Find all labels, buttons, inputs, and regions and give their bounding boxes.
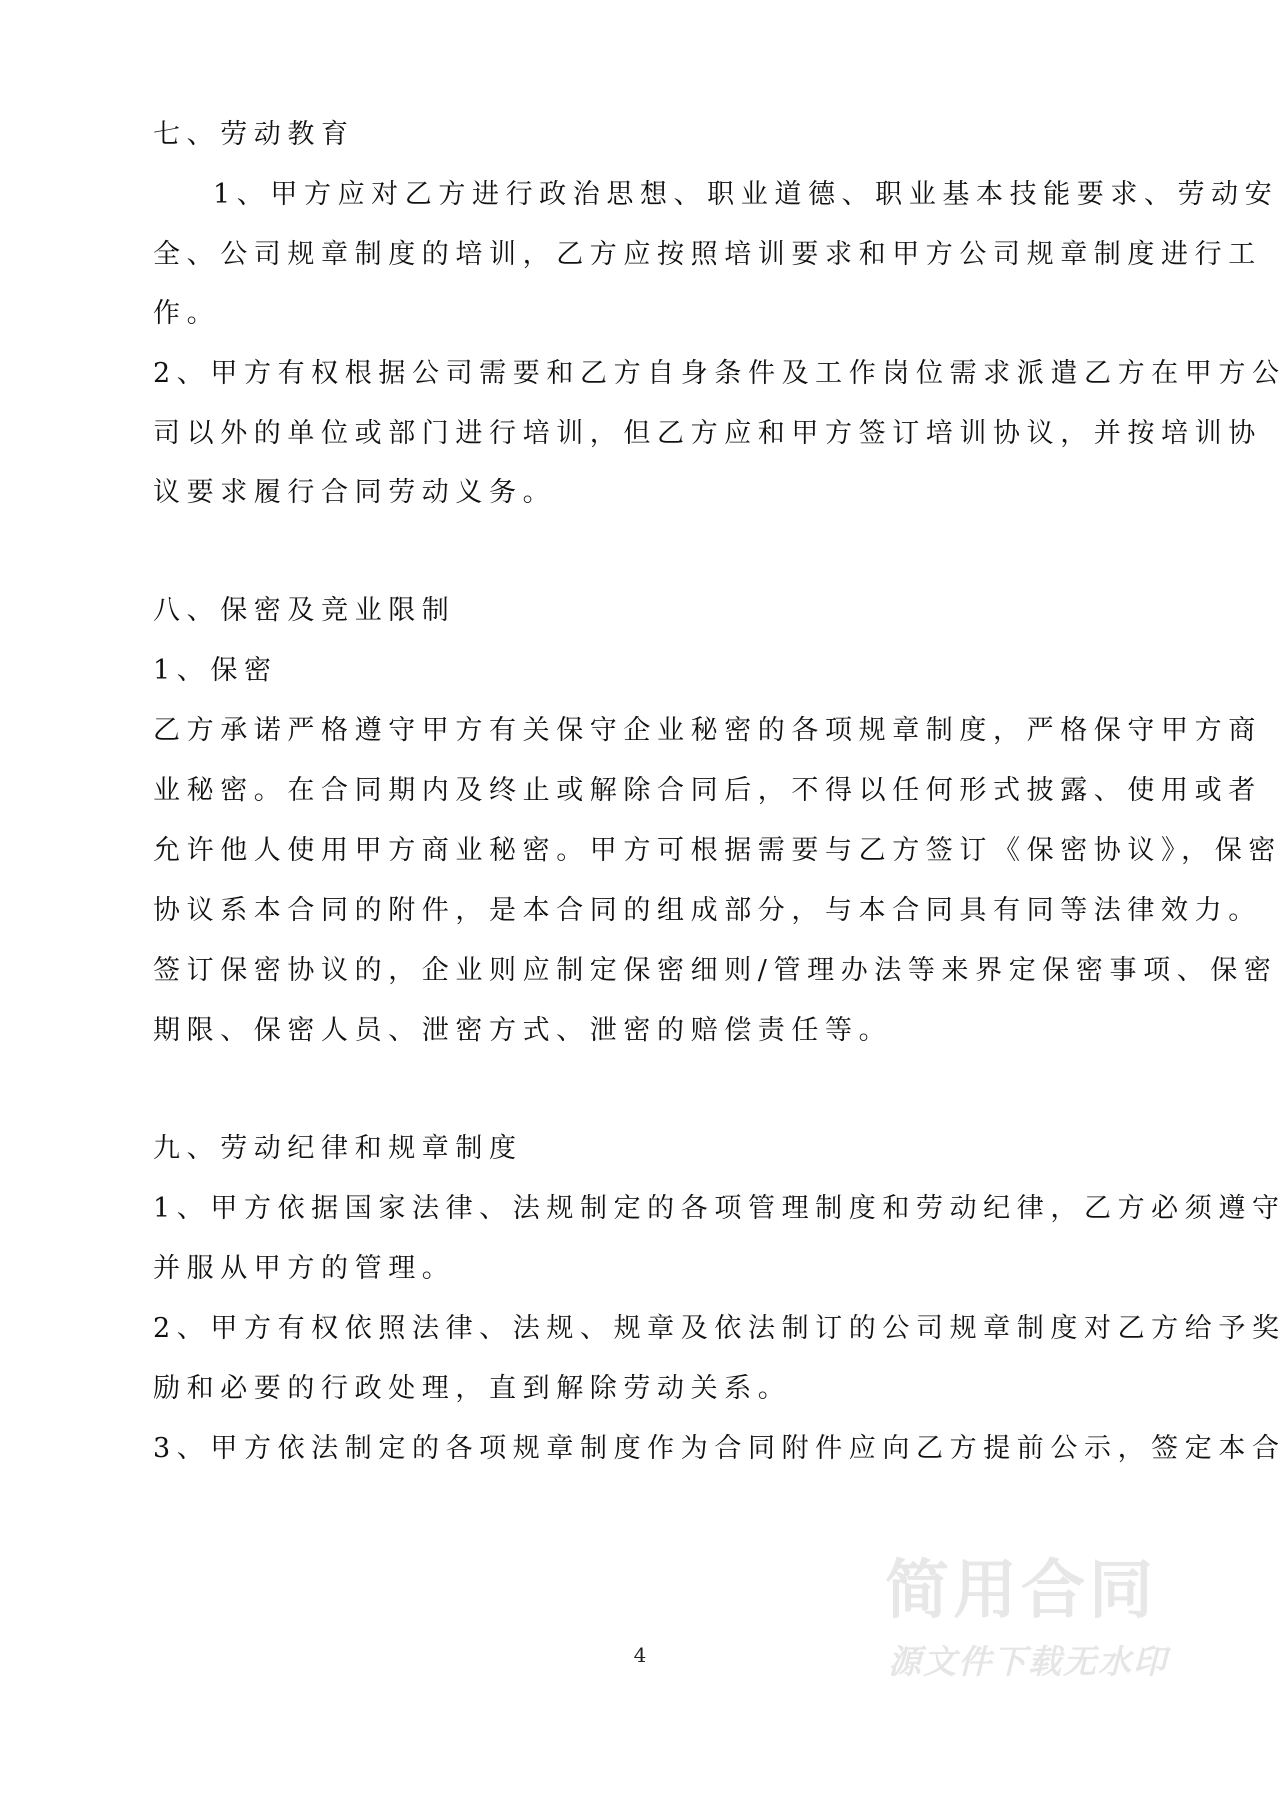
page-number: 4 xyxy=(0,1643,1280,1667)
paragraph-line: 签订保密协议的，企业则应制定保密细则/管理办法等来界定保密事项、保密 xyxy=(153,954,1278,988)
section-heading-8: 八、保密及竞业限制 xyxy=(153,594,455,628)
paragraph-line: 2、甲方有权依照法律、法规、规章及依法制订的公司规章制度对乙方给予奖 xyxy=(153,1312,1280,1346)
subsection-heading: 1、保密 xyxy=(153,654,278,688)
paragraph-line: 全、公司规章制度的培训，乙方应按照培训要求和甲方公司规章制度进行工 xyxy=(153,238,1262,272)
paragraph-line: 并服从甲方的管理。 xyxy=(153,1252,455,1286)
paragraph-line: 励和必要的行政处理，直到解除劳动关系。 xyxy=(153,1372,791,1406)
paragraph-line: 司以外的单位或部门进行培训，但乙方应和甲方签订培训协议，并按培训协 xyxy=(153,417,1262,451)
section-heading-9: 九、劳动纪律和规章制度 xyxy=(153,1132,523,1166)
document-page: 简用合同 源文件下载无水印 七、劳动教育 1、甲方应对乙方进行政治思想、职业道德… xyxy=(0,0,1280,1812)
section-heading-7: 七、劳动教育 xyxy=(153,118,355,152)
paragraph-line: 期限、保密人员、泄密方式、泄密的赔偿责任等。 xyxy=(153,1014,892,1048)
paragraph-line: 3、甲方依法制定的各项规章制度作为合同附件应向乙方提前公示，签定本合 xyxy=(153,1432,1280,1466)
paragraph-line: 业秘密。在合同期内及终止或解除合同后，不得以任何形式披露、使用或者 xyxy=(153,774,1262,808)
paragraph-line: 乙方承诺严格遵守甲方有关保守企业秘密的各项规章制度，严格保守甲方商 xyxy=(153,714,1262,748)
paragraph-line: 议要求履行合同劳动义务。 xyxy=(153,476,556,510)
paragraph-line: 2、甲方有权根据公司需要和乙方自身条件及工作岗位需求派遣乙方在甲方公 xyxy=(153,357,1280,391)
paragraph-line: 1、甲方应对乙方进行政治思想、职业道德、职业基本技能要求、劳动安 xyxy=(213,178,1278,212)
paragraph-line: 1、甲方依据国家法律、法规制定的各项管理制度和劳动纪律，乙方必须遵守 xyxy=(153,1192,1280,1226)
paragraph-line: 协议系本合同的附件，是本合同的组成部分，与本合同具有同等法律效力。 xyxy=(153,894,1262,928)
document-body: 七、劳动教育 1、甲方应对乙方进行政治思想、职业道德、职业基本技能要求、劳动安 … xyxy=(0,0,1280,1812)
paragraph-line: 作。 xyxy=(153,297,220,331)
paragraph-line: 允许他人使用甲方商业秘密。甲方可根据需要与乙方签订《保密协议》，保密 xyxy=(153,834,1280,868)
